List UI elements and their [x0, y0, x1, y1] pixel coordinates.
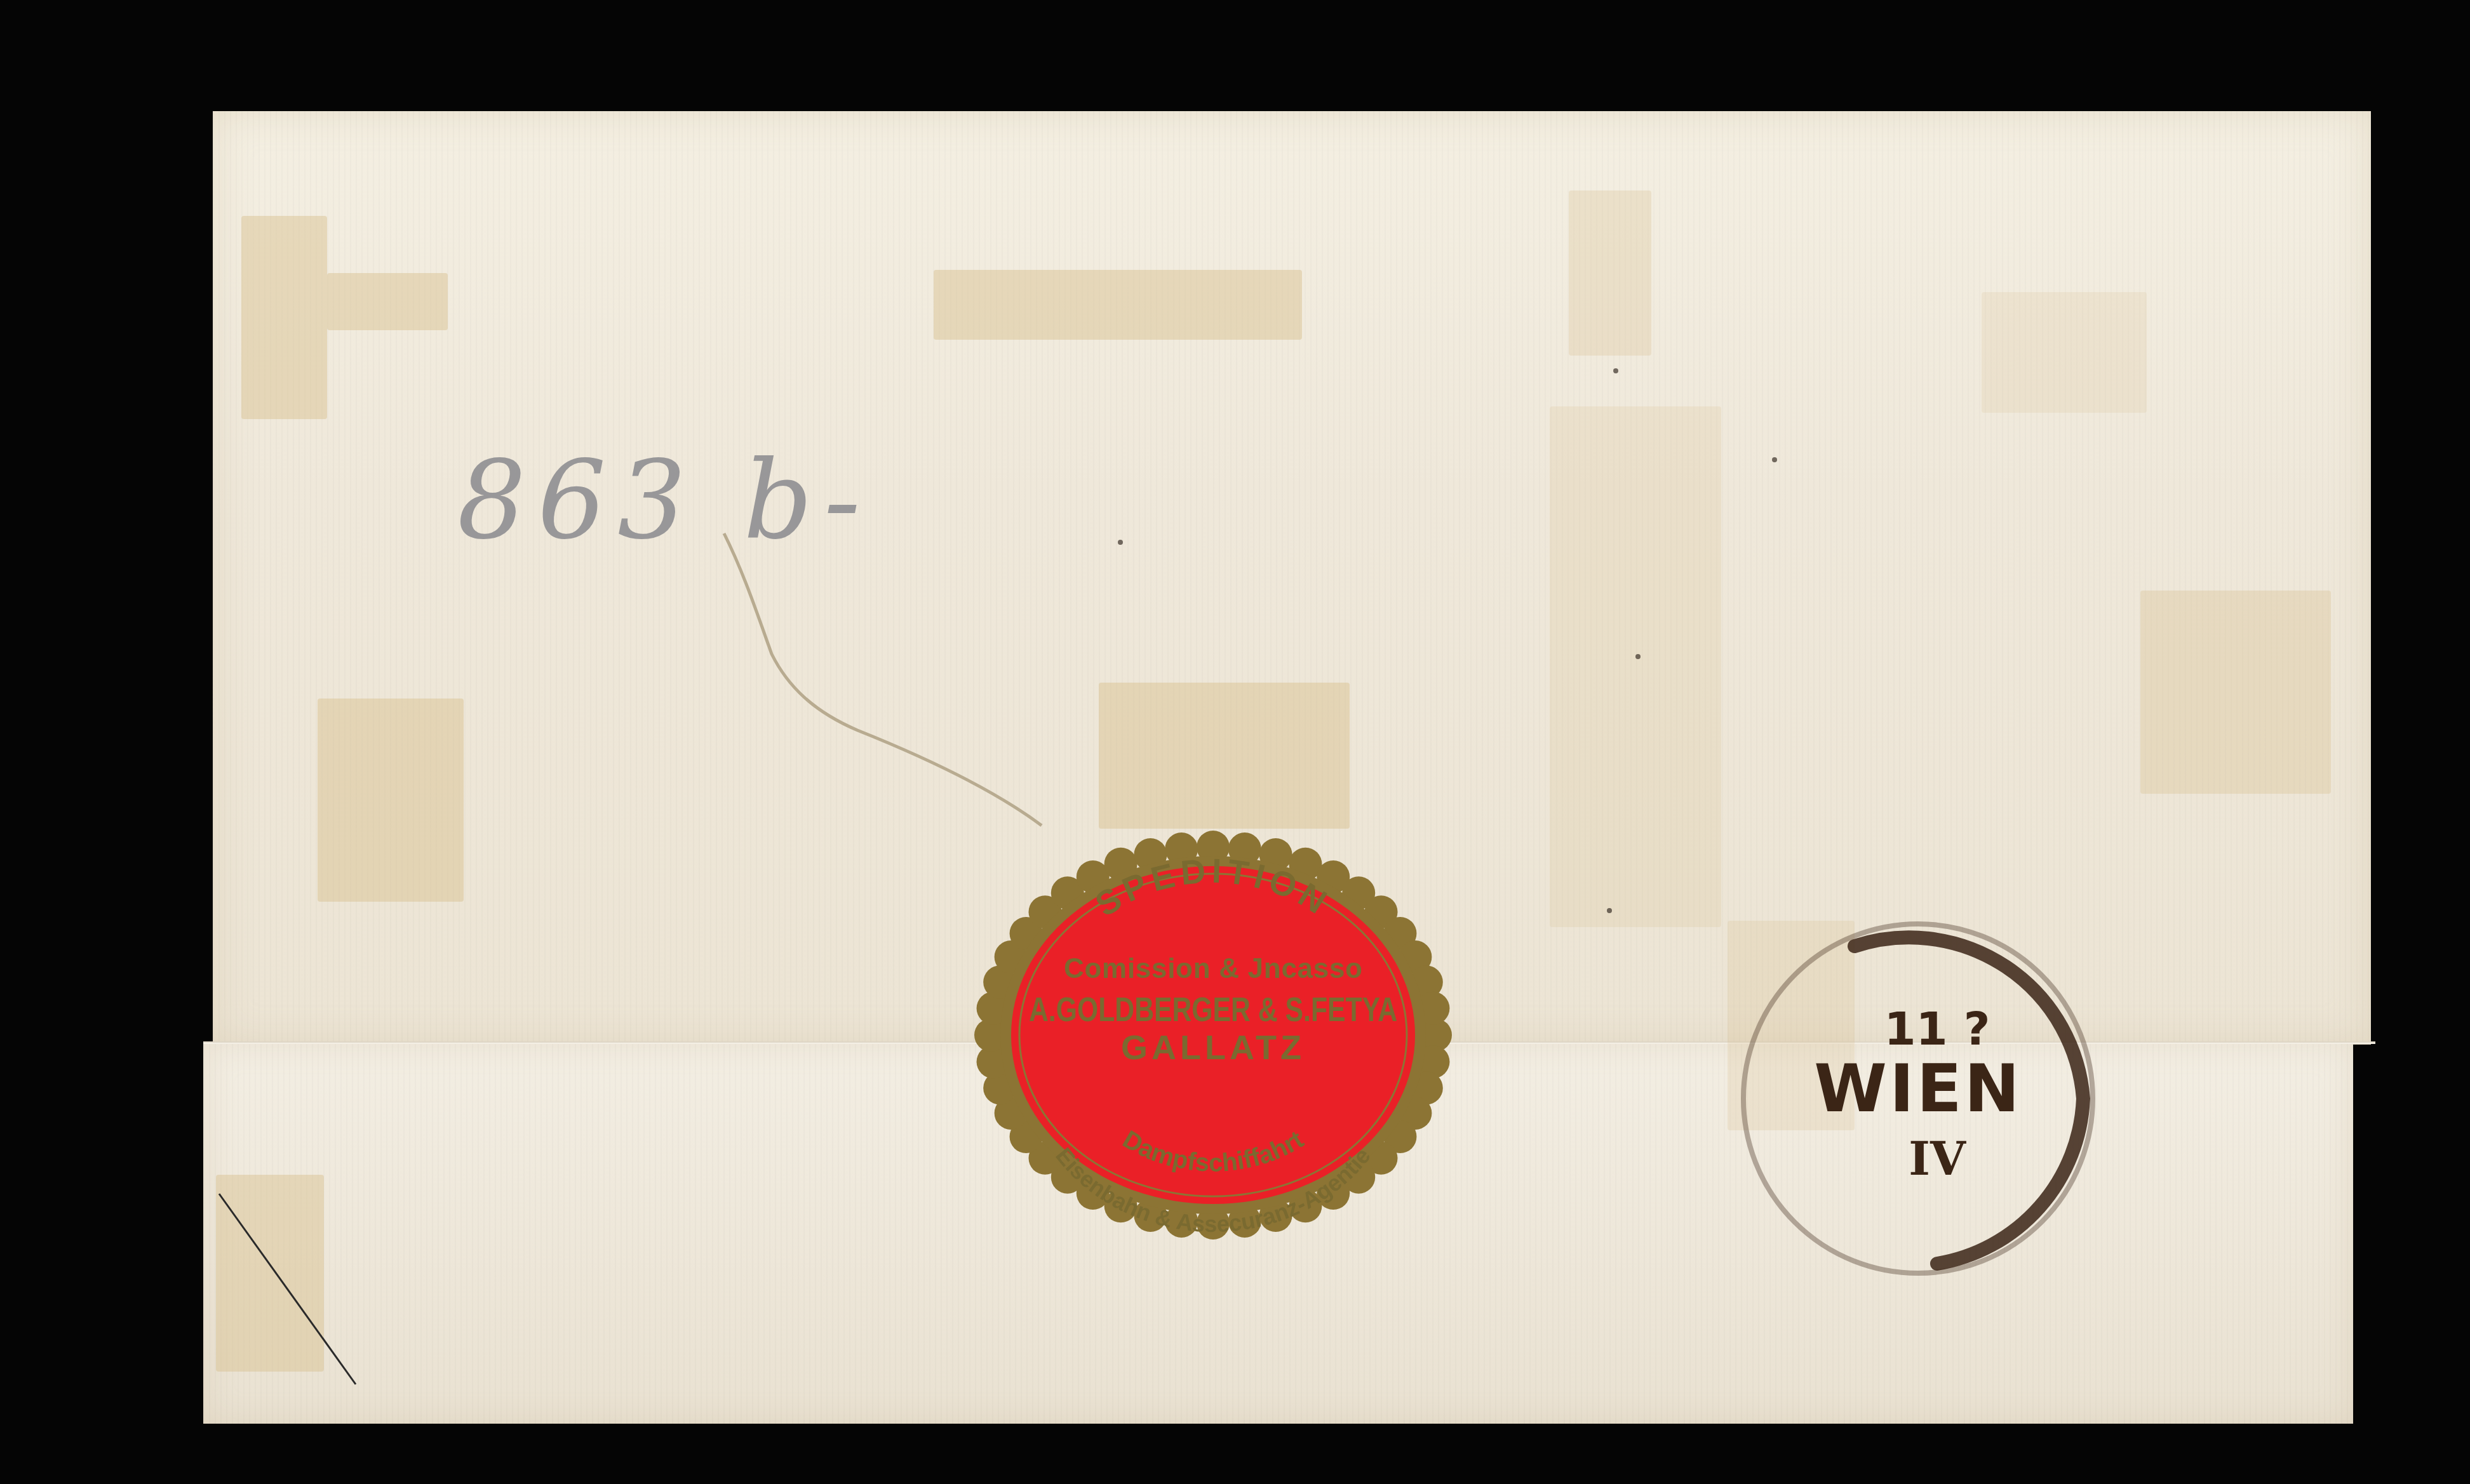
tape-mark	[2140, 591, 2331, 794]
postmark-city: WIEN	[1814, 1050, 2022, 1127]
seal-line-2: A.GOLDBERGER & S.FETYA	[1029, 991, 1397, 1029]
tape-mark	[934, 270, 1302, 340]
ink-speck	[1613, 368, 1618, 373]
tape-mark	[241, 216, 327, 419]
postmark-graphic: 11 ? WIEN IV	[1728, 908, 2109, 1289]
postmark-wien: 11 ? WIEN IV	[1728, 908, 2109, 1289]
tape-mark	[1982, 292, 2147, 413]
ink-speck	[1635, 654, 1641, 659]
pencil-annotation: 863 b-	[457, 438, 872, 564]
ink-speck	[1607, 908, 1612, 913]
tape-mark	[1099, 683, 1350, 829]
ink-speck	[1772, 457, 1777, 462]
seal-line-1: Comission & Jncasso	[1064, 953, 1362, 984]
tape-mark	[216, 1175, 324, 1372]
seal-line-3: GALLATZ	[1121, 1029, 1305, 1067]
tape-mark	[1550, 406, 1721, 927]
ink-speck	[1118, 540, 1123, 545]
tape-mark	[1569, 191, 1651, 356]
tape-mark	[327, 273, 448, 330]
tape-mark	[318, 699, 464, 902]
postmark-date-bottom: IV	[1909, 1132, 1966, 1186]
postmark-date-top: 11 ?	[1884, 1002, 1990, 1055]
company-seal: SPEDITION Comission & Jncasso A.GOLDBERG…	[953, 819, 1473, 1251]
seal-graphic: SPEDITION Comission & Jncasso A.GOLDBERG…	[953, 819, 1473, 1251]
